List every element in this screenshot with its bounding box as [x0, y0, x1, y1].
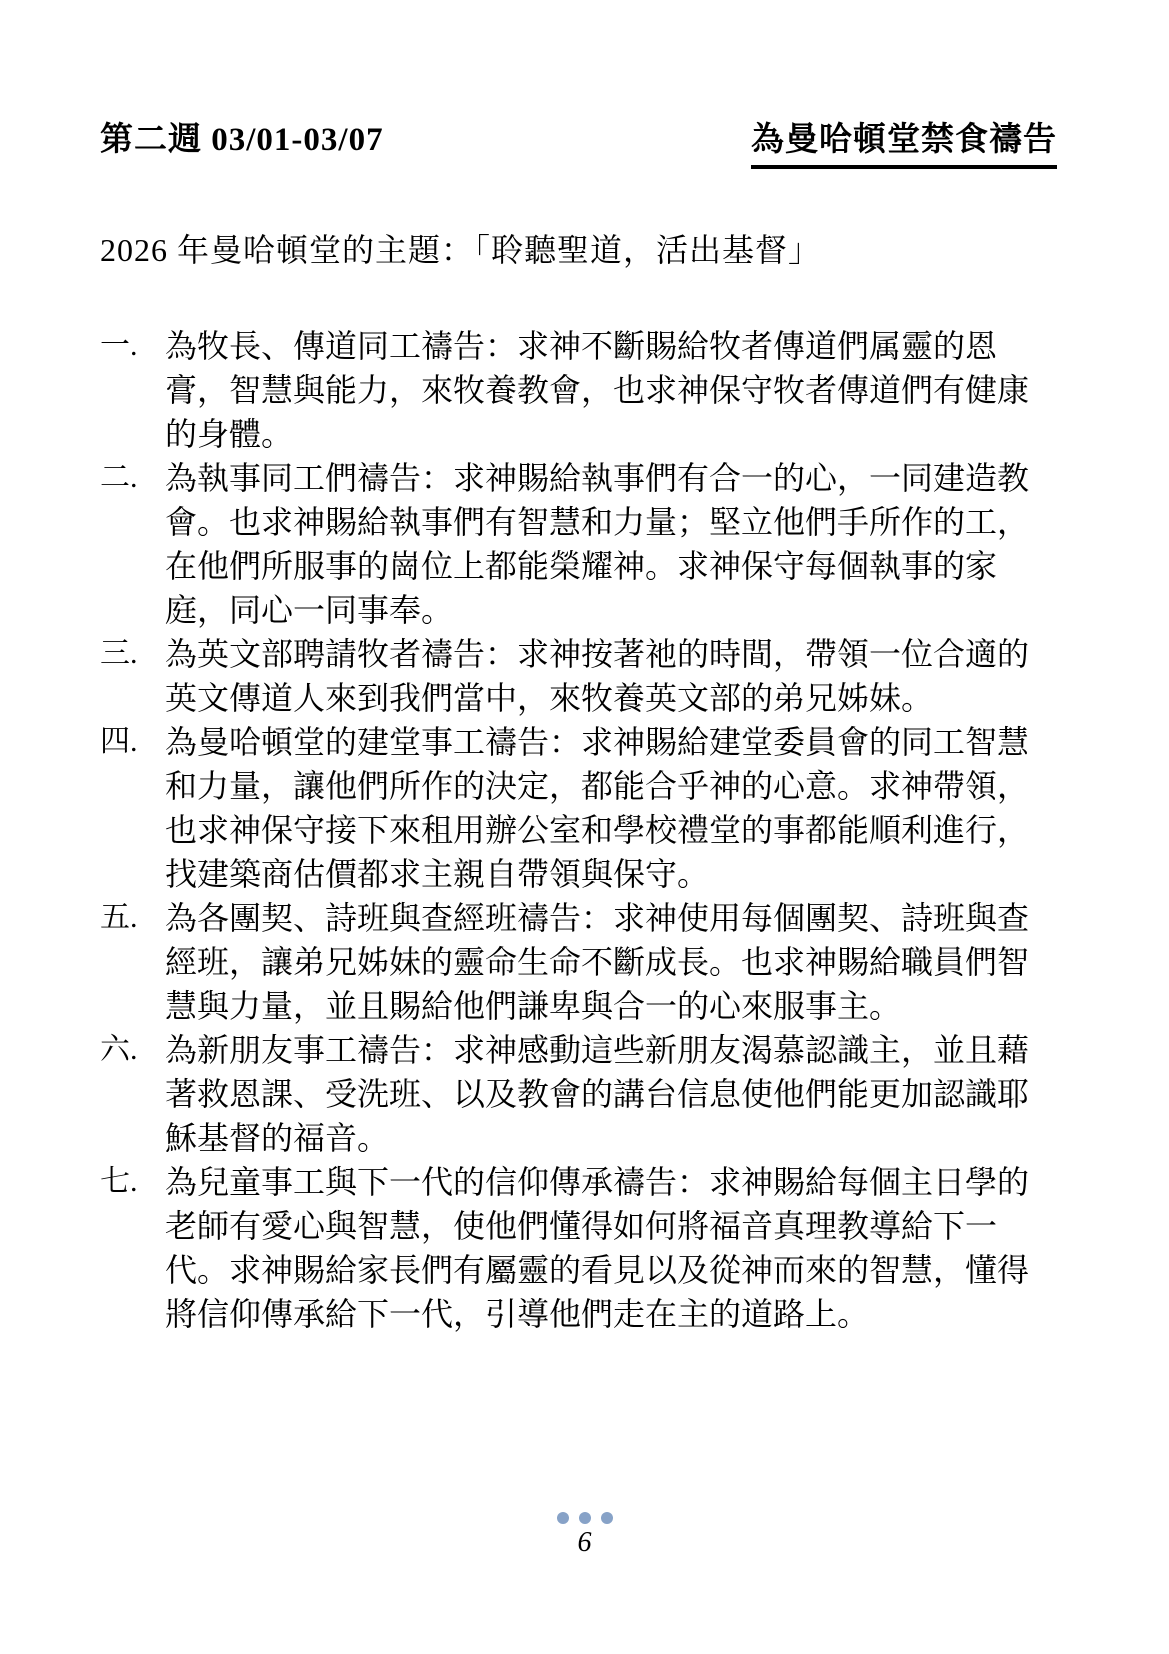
- prayer-item: 四.為曼哈頓堂的建堂事工禱告：求神賜給建堂委員會的同工智慧和力量，讓他們所作的決…: [100, 720, 1080, 896]
- prayer-item: 七.為兒童事工與下一代的信仰傳承禱告：求神賜給每個主日學的老師有愛心與智慧，使他…: [100, 1160, 1080, 1336]
- text-line: 為執事同工們禱告：求神賜給執事們有合一的心，一同建造教: [165, 456, 1080, 500]
- text-line: 著救恩課、受洗班、以及教會的講台信息使他們能更加認識耶: [165, 1072, 1080, 1116]
- prayer-item-number: 一.: [100, 324, 138, 368]
- page-number: 6: [0, 1526, 1169, 1560]
- prayer-item-number: 六.: [100, 1028, 138, 1072]
- text-line: 慧與力量，並且賜給他們謙卑與合一的心來服事主。: [165, 984, 1080, 1028]
- prayer-item-text: 為曼哈頓堂的建堂事工禱告：求神賜給建堂委員會的同工智慧和力量，讓他們所作的決定，…: [165, 720, 1080, 896]
- text-line: 為新朋友事工禱告：求神感動這些新朋友渴慕認識主，並且藉: [165, 1028, 1080, 1072]
- page-title: 為曼哈頓堂禁食禱告: [751, 120, 1057, 169]
- text-line: 為各團契、詩班與查經班禱告：求神使用每個團契、詩班與查: [165, 896, 1080, 940]
- prayer-item: 六.為新朋友事工禱告：求神感動這些新朋友渴慕認識主，並且藉著救恩課、受洗班、以及…: [100, 1028, 1080, 1160]
- text-line: 庭，同心一同事奉。: [165, 588, 1080, 632]
- text-line: 將信仰傳承給下一代，引導他們走在主的道路上。: [165, 1292, 1080, 1336]
- prayer-item-text: 為英文部聘請牧者禱告：求神按著祂的時間，帶領一位合適的英文傳道人來到我們當中，來…: [165, 632, 1080, 720]
- week-label: 第二週 03/01-03/07: [100, 120, 384, 160]
- prayer-item-text: 為新朋友事工禱告：求神感動這些新朋友渴慕認識主，並且藉著救恩課、受洗班、以及教會…: [165, 1028, 1080, 1160]
- text-line: 和力量，讓他們所作的決定，都能合乎神的心意。求神帶領，: [165, 764, 1080, 808]
- text-line: 穌基督的福音。: [165, 1116, 1080, 1160]
- footer-dot: [601, 1512, 613, 1524]
- prayer-item-number: 四.: [100, 720, 138, 764]
- text-line: 的身體。: [165, 412, 1080, 456]
- theme-line: 2026 年曼哈頓堂的主題：「聆聽聖道，活出基督」: [100, 228, 821, 272]
- text-line: 代。求神賜給家長們有屬靈的看見以及從神而來的智慧，懂得: [165, 1248, 1080, 1292]
- footer-dot: [579, 1512, 591, 1524]
- footer-dot: [557, 1512, 569, 1524]
- text-line: 找建築商估價都求主親自帶領與保守。: [165, 852, 1080, 896]
- text-line: 為兒童事工與下一代的信仰傳承禱告：求神賜給每個主日學的: [165, 1160, 1080, 1204]
- prayer-item-number: 七.: [100, 1160, 138, 1204]
- prayer-item: 三.為英文部聘請牧者禱告：求神按著祂的時間，帶領一位合適的英文傳道人來到我們當中…: [100, 632, 1080, 720]
- document-page: 第二週 03/01-03/07 為曼哈頓堂禁食禱告 2026 年曼哈頓堂的主題：…: [0, 0, 1169, 1654]
- prayer-list: 一.為牧長、傳道同工禱告：求神不斷賜給牧者傳道們属靈的恩膏，智慧與能力，來牧養教…: [100, 324, 1080, 1336]
- prayer-item-text: 為兒童事工與下一代的信仰傳承禱告：求神賜給每個主日學的老師有愛心與智慧，使他們懂…: [165, 1160, 1080, 1336]
- text-line: 會。也求神賜給執事們有智慧和力量；堅立他們手所作的工，: [165, 500, 1080, 544]
- text-line: 也求神保守接下來租用辦公室和學校禮堂的事都能順利進行，: [165, 808, 1080, 852]
- prayer-item: 一.為牧長、傳道同工禱告：求神不斷賜給牧者傳道們属靈的恩膏，智慧與能力，來牧養教…: [100, 324, 1080, 456]
- text-line: 老師有愛心與智慧，使他們懂得如何將福音真理教導給下一: [165, 1204, 1080, 1248]
- prayer-item-number: 二.: [100, 456, 138, 500]
- text-line: 經班，讓弟兄姊妹的靈命生命不斷成長。也求神賜給職員們智: [165, 940, 1080, 984]
- prayer-item-text: 為牧長、傳道同工禱告：求神不斷賜給牧者傳道們属靈的恩膏，智慧與能力，來牧養教會，…: [165, 324, 1080, 456]
- prayer-item-number: 三.: [100, 632, 138, 676]
- prayer-item: 二.為執事同工們禱告：求神賜給執事們有合一的心，一同建造教會。也求神賜給執事們有…: [100, 456, 1080, 632]
- prayer-item: 五.為各團契、詩班與查經班禱告：求神使用每個團契、詩班與查經班，讓弟兄姊妹的靈命…: [100, 896, 1080, 1028]
- page-header: 第二週 03/01-03/07 為曼哈頓堂禁食禱告: [100, 120, 1057, 169]
- text-line: 為曼哈頓堂的建堂事工禱告：求神賜給建堂委員會的同工智慧: [165, 720, 1080, 764]
- footer-dots-decoration: [0, 1512, 1169, 1524]
- text-line: 在他們所服事的崗位上都能榮耀神。求神保守每個執事的家: [165, 544, 1080, 588]
- prayer-item-text: 為各團契、詩班與查經班禱告：求神使用每個團契、詩班與查經班，讓弟兄姊妹的靈命生命…: [165, 896, 1080, 1028]
- text-line: 膏，智慧與能力，來牧養教會，也求神保守牧者傳道們有健康: [165, 368, 1080, 412]
- prayer-item-text: 為執事同工們禱告：求神賜給執事們有合一的心，一同建造教會。也求神賜給執事們有智慧…: [165, 456, 1080, 632]
- prayer-item-number: 五.: [100, 896, 138, 940]
- text-line: 為牧長、傳道同工禱告：求神不斷賜給牧者傳道們属靈的恩: [165, 324, 1080, 368]
- text-line: 為英文部聘請牧者禱告：求神按著祂的時間，帶領一位合適的: [165, 632, 1080, 676]
- text-line: 英文傳道人來到我們當中，來牧養英文部的弟兄姊妹。: [165, 676, 1080, 720]
